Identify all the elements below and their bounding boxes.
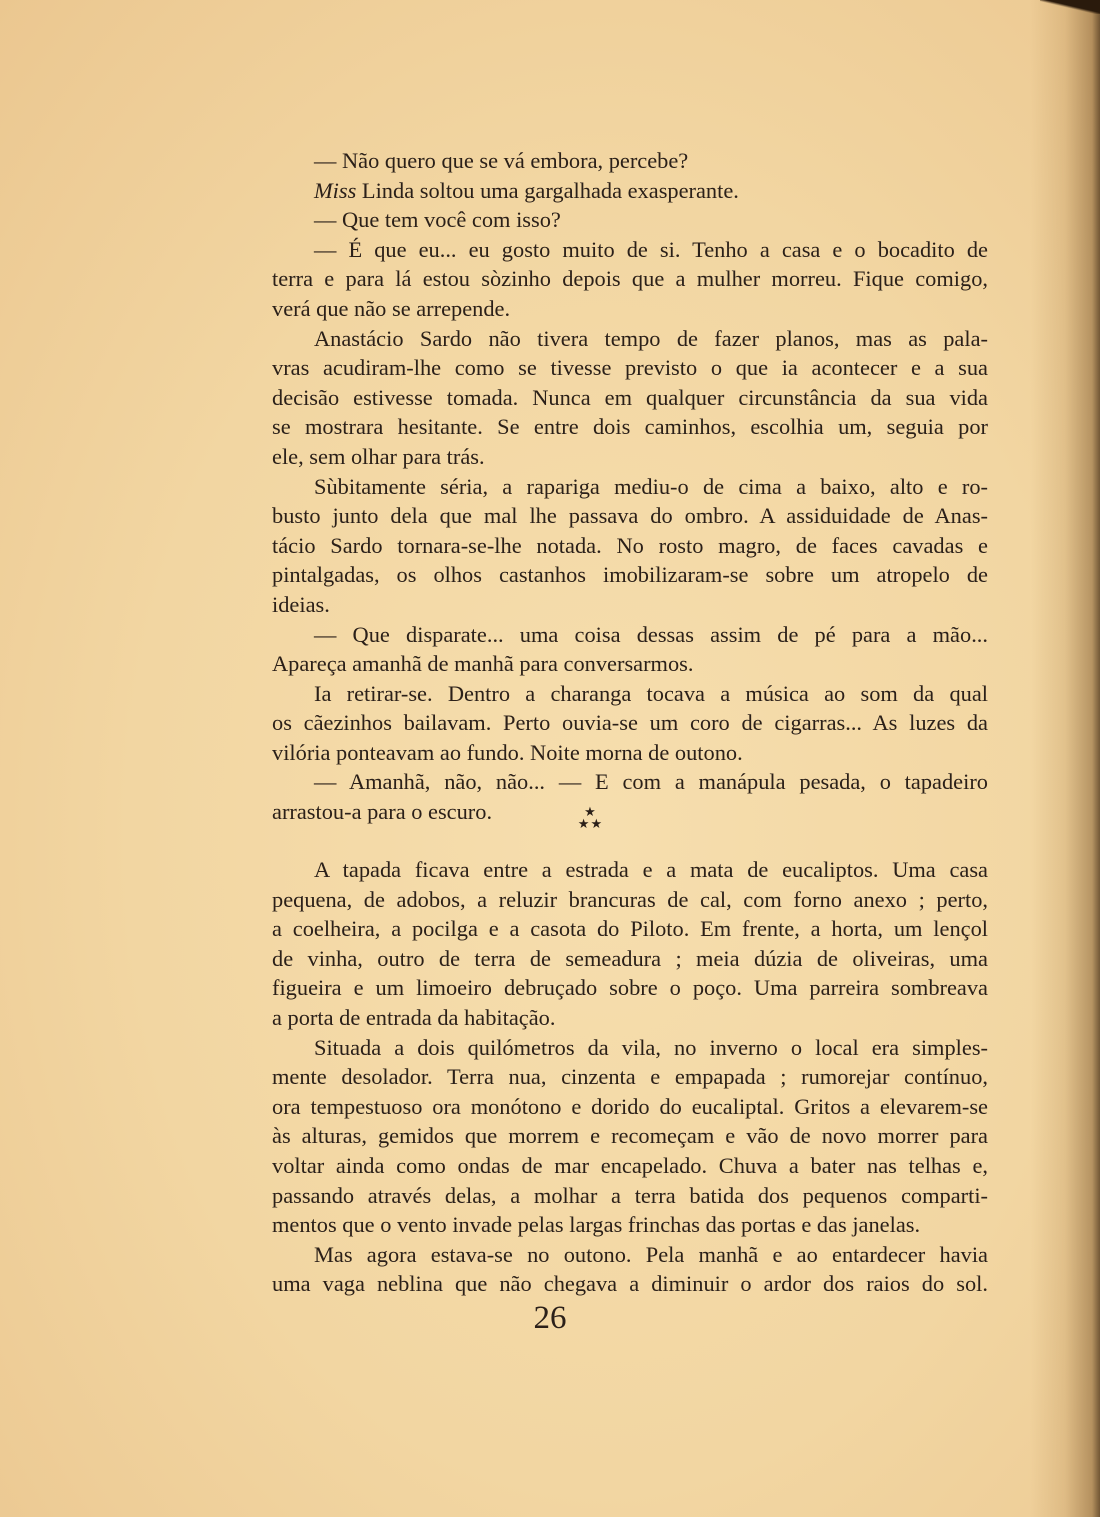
text-line: Sùbitamente séria, a rapariga mediu-o de…	[230, 472, 988, 502]
text-line: terra e para lá estou sòzinho depois que…	[230, 264, 988, 294]
book-page: — Não quero que se vá embora, percebe? M…	[0, 0, 1100, 1517]
text-line: a coelheira, a pocilga e a casota do Pil…	[230, 914, 988, 944]
text-line: Anastácio Sardo não tivera tempo de faze…	[230, 324, 988, 354]
text-line: mentos que o vento invade pelas largas f…	[230, 1210, 988, 1240]
text-line: busto junto dela que mal lhe passava do …	[230, 501, 988, 531]
text-line: Miss Linda soltou uma gargalhada exasper…	[230, 176, 988, 206]
paragraph-dialogue-4: — Que disparate... uma coisa dessas assi…	[230, 620, 988, 679]
paragraph-narration-4: Ia retirar-se. Dentro a charanga tocava …	[230, 679, 988, 768]
body-text-upper: — Não quero que se vá embora, percebe? M…	[230, 146, 988, 827]
text-line: A tapada ficava entre a estrada e a mata…	[230, 855, 988, 885]
text-line: ora tempestuoso ora monótono e dorido do…	[230, 1092, 988, 1122]
paragraph-dialogue-2: — Que tem você com isso?	[230, 205, 988, 235]
text-line: ideias.	[230, 590, 988, 620]
paragraph-dialogue-1: — Não quero que se vá embora, percebe?	[230, 146, 988, 176]
text-line: uma vaga neblina que não chegava a dimin…	[230, 1269, 988, 1299]
star-icon: ★ ★	[560, 818, 620, 830]
text-line: passando através delas, a molhar a terra…	[230, 1181, 988, 1211]
body-text-lower: A tapada ficava entre a estrada e a mata…	[230, 855, 988, 1299]
text-line: Apareça amanhã de manhã para conversarmo…	[230, 649, 988, 679]
paragraph-narration-2: Anastácio Sardo não tivera tempo de faze…	[230, 324, 988, 472]
text-line: figueira e um limoeiro debruçado sobre o…	[230, 973, 988, 1003]
text-line: vras acudiram-lhe como se tivesse previs…	[230, 353, 988, 383]
text-line: — Amanhã, não, não... — E com a manápula…	[230, 767, 988, 797]
text-line: ele, sem olhar para trás.	[230, 442, 988, 472]
text-line: — É que eu... eu gosto muito de si. Tenh…	[230, 235, 988, 265]
text-line: vilória ponteavam ao fundo. Noite morna …	[230, 738, 988, 768]
text-line: os cãezinhos bailavam. Perto ouvia-se um…	[230, 708, 988, 738]
text-line: — Não quero que se vá embora, percebe?	[230, 146, 988, 176]
text-line: — Que tem você com isso?	[230, 205, 988, 235]
text-line: às alturas, gemidos que morrem e recomeç…	[230, 1121, 988, 1151]
text-line: Ia retirar-se. Dentro a charanga tocava …	[230, 679, 988, 709]
text-line: voltar ainda como ondas de mar encapelad…	[230, 1151, 988, 1181]
text-line: decisão estivesse tomada. Nunca em qualq…	[230, 383, 988, 413]
text-line: tácio Sardo tornara-se-lhe notada. No ro…	[230, 531, 988, 561]
paragraph-narration-3: Sùbitamente séria, a rapariga mediu-o de…	[230, 472, 988, 620]
text-line: pintalgadas, os olhos castanhos imobiliz…	[230, 560, 988, 590]
paragraph-dialogue-3: — É que eu... eu gosto muito de si. Tenh…	[230, 235, 988, 324]
text-line: Situada a dois quilómetros da vila, no i…	[230, 1033, 988, 1063]
paragraph-narration-1: Miss Linda soltou uma gargalhada exasper…	[230, 176, 988, 206]
section-break-asterism: ★ ★ ★	[560, 806, 620, 836]
text-line: a porta de entrada da habitação.	[230, 1003, 988, 1033]
page-corner-shadow	[1040, 0, 1100, 14]
paragraph-narration-5: A tapada ficava entre a estrada e a mata…	[230, 855, 988, 1033]
italic-word: Miss	[314, 178, 356, 203]
text-line: pequena, de adobos, a reluzir brancuras …	[230, 885, 988, 915]
text-line: verá que não se arrepende.	[230, 294, 988, 324]
page-number: 26	[0, 1300, 1100, 1337]
text-line: Mas agora estava-se no outono. Pela manh…	[230, 1240, 988, 1270]
text-line: se mostrara hesitante. Se entre dois cam…	[230, 412, 988, 442]
text-line: — Que disparate... uma coisa dessas assi…	[230, 620, 988, 650]
text-line: mente desolador. Terra nua, cinzenta e e…	[230, 1062, 988, 1092]
paragraph-narration-6: Situada a dois quilómetros da vila, no i…	[230, 1033, 988, 1240]
text-line: de vinha, outro de terra de semeadura ; …	[230, 944, 988, 974]
paragraph-narration-7: Mas agora estava-se no outono. Pela manh…	[230, 1240, 988, 1299]
